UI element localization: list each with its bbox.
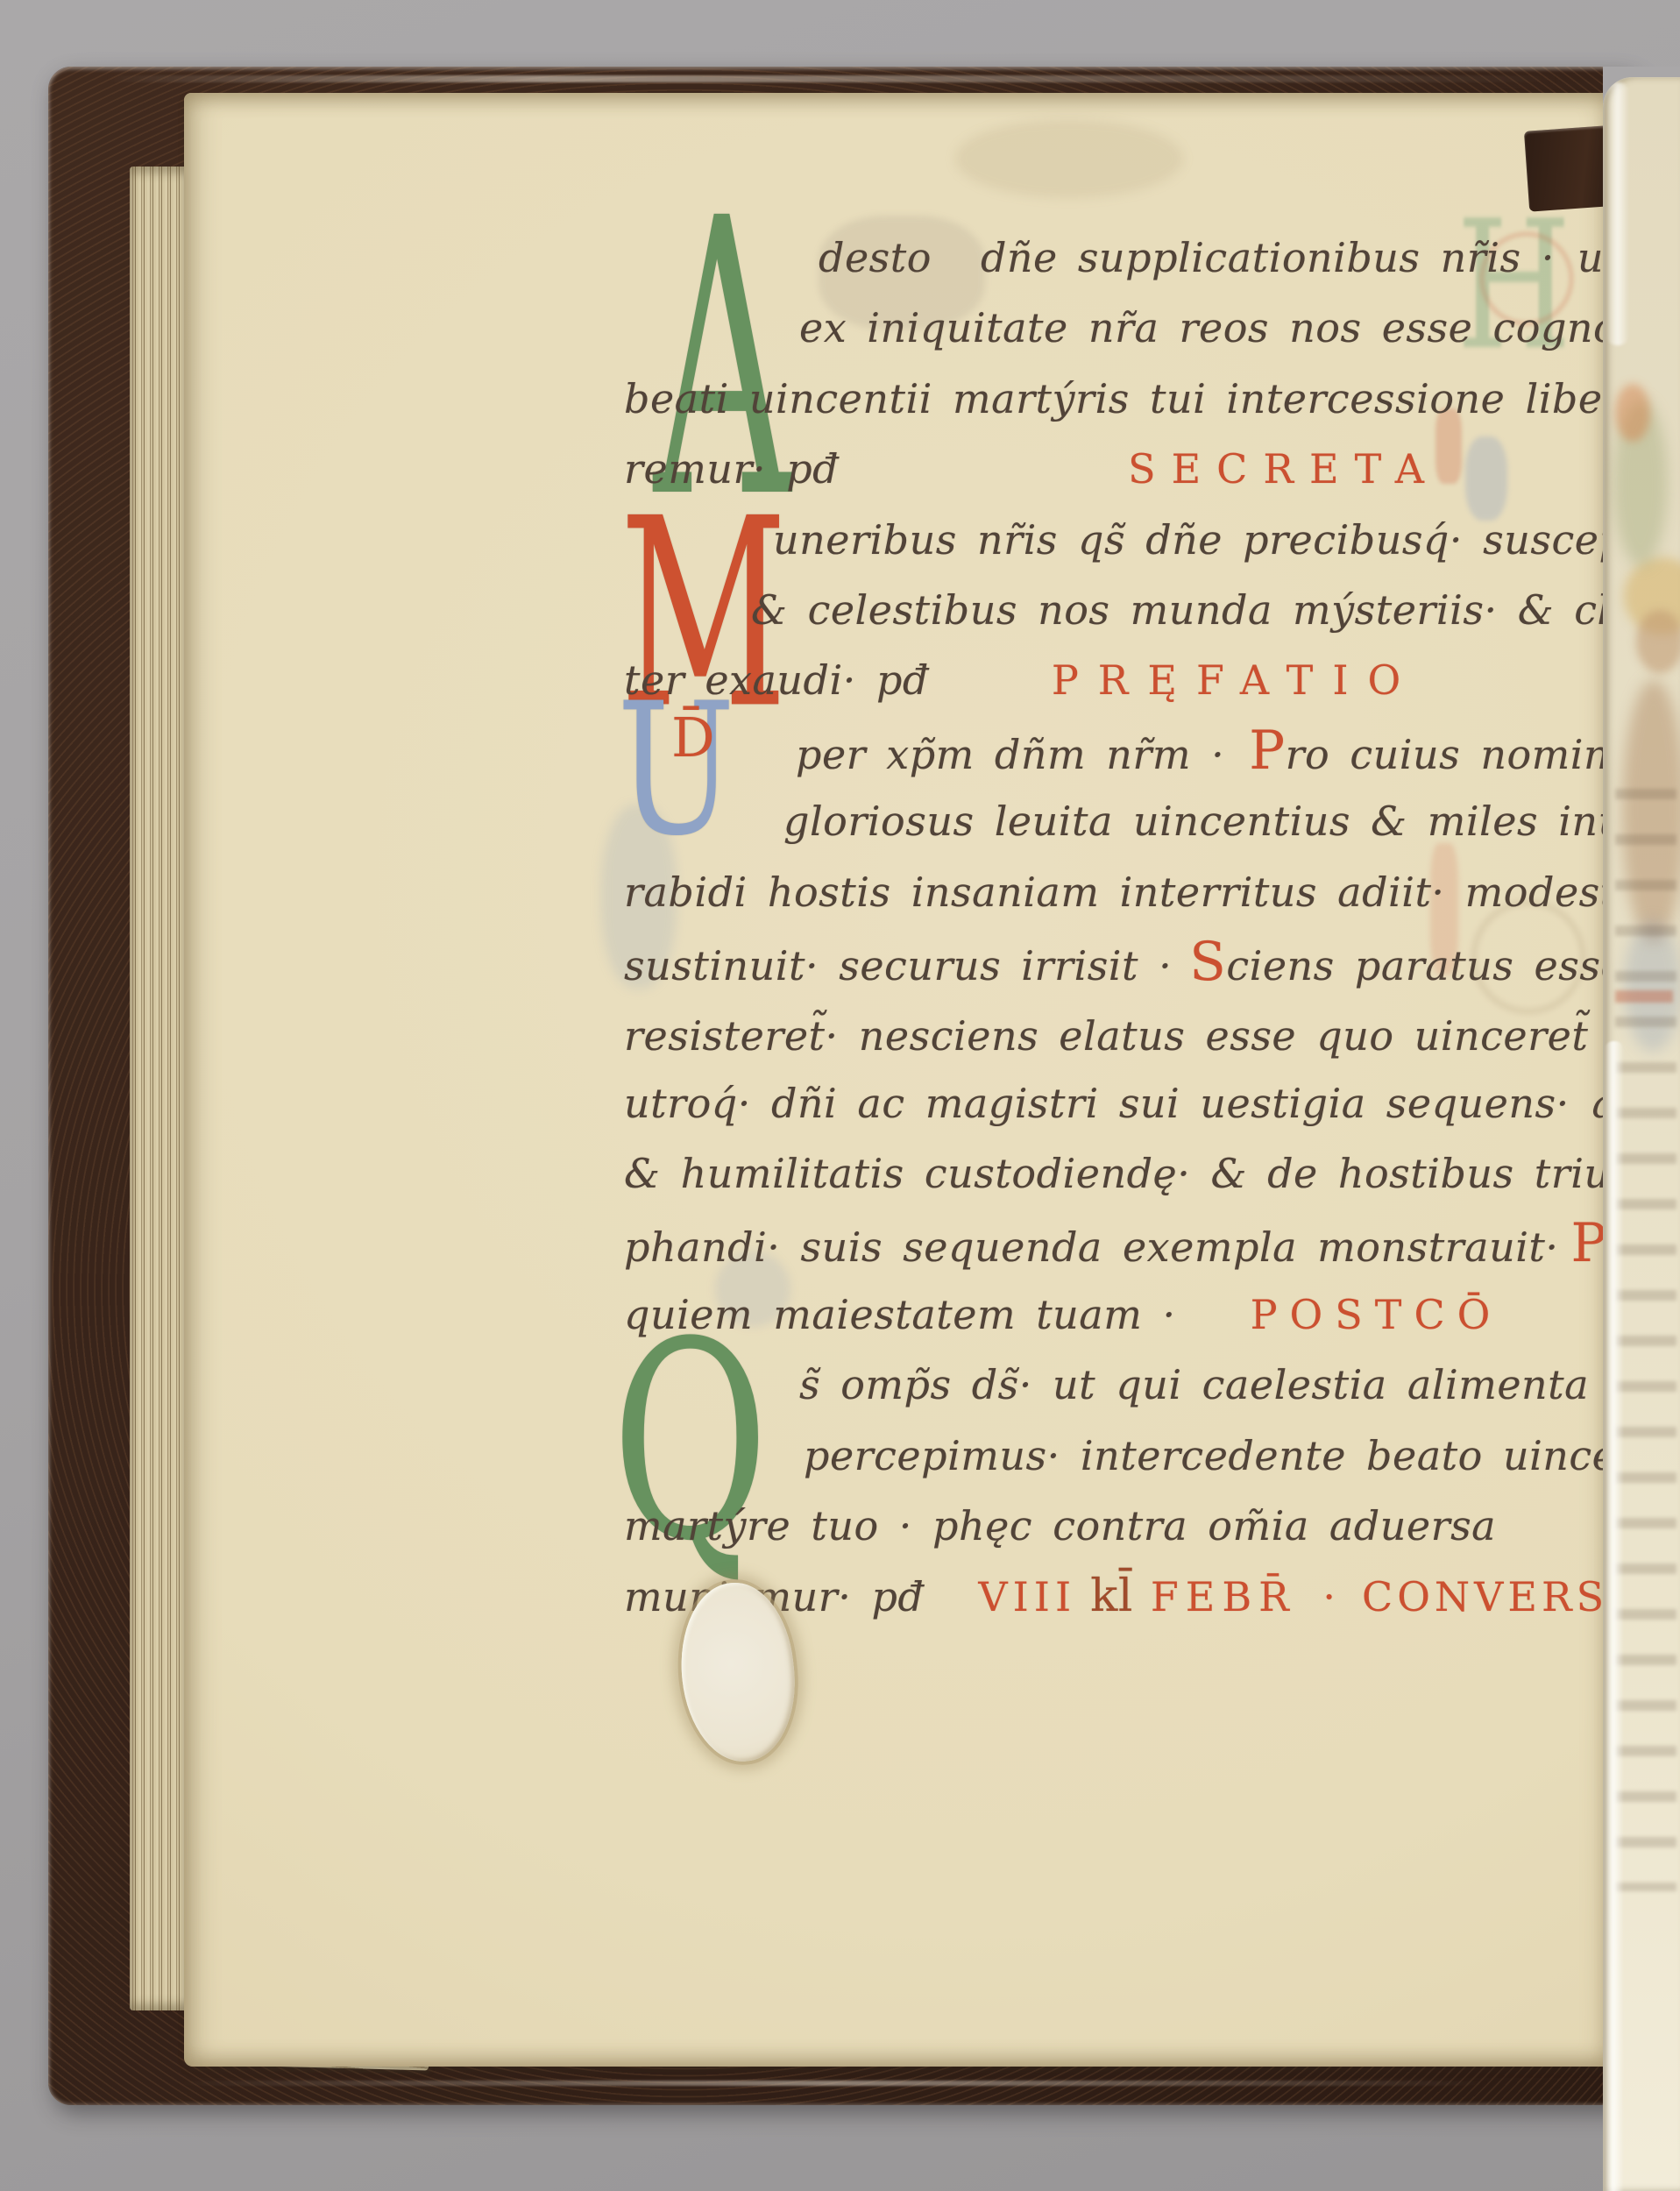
rubric-text: VIII [978, 1573, 1076, 1620]
text-line-5: uneribus nr̃is qs̃ dñe precibusq́· susce… [624, 505, 1614, 575]
text-line-2: ex iniquitate nr̃a reos nos esse cognosc… [624, 293, 1614, 363]
manuscript-page-verso: H AMUD̄Q destodñe supplicationibus nr̃is… [184, 93, 1611, 2067]
page-stack-edges [130, 167, 189, 2010]
text-line-9: gloriosus leuita uincentius & miles inui… [624, 786, 1614, 856]
rubric-text: kl̄ [1090, 1570, 1133, 1622]
facing-page-text-showthrough [1615, 761, 1676, 1891]
manuscript-text: sustinuit· securus irrisit · [624, 942, 1172, 989]
rubric-text: SECRETA [1128, 445, 1440, 493]
manuscript-text: ex iniquitate nr̃a reos nos esse cognosc… [799, 304, 1680, 351]
manuscript-text: S [1189, 932, 1226, 993]
text-block: destodñe supplicationibus nr̃is ·utq̃lex… [624, 223, 1614, 1632]
manuscript-photograph: H AMUD̄Q destodñe supplicationibus nr̃is… [0, 0, 1680, 2191]
manuscript-text: & humilitatis custodiendę· & de hostibus… [624, 1150, 1649, 1197]
text-line-4: remur· pđSECRETA [624, 434, 1614, 504]
text-line-16: quiem maiestatem tuam ·POSTCŌ [624, 1280, 1614, 1350]
manuscript-text: ro cuius nomine [1286, 731, 1634, 778]
manuscript-text: per xp̃m dñm nr̃m · [796, 731, 1224, 778]
manuscript-text: gloriosus leuita uincentius & miles inui… [783, 798, 1677, 845]
manuscript-text: phandi· suis sequenda exempla monstrauit… [624, 1223, 1559, 1271]
text-line-11: sustinuit· securus irrisit ·Sciens parat… [624, 927, 1614, 997]
rubric-text: PRĘFATIO [1052, 656, 1420, 704]
manuscript-text: uneribus nr̃is qs̃ dñe precibusq́· susce… [773, 516, 1680, 564]
facing-page-sliver [1603, 77, 1680, 2191]
rubric-text: POSTCŌ [1251, 1291, 1503, 1338]
text-line-14: & humilitatis custodiendę· & de hostibus… [624, 1138, 1614, 1209]
manuscript-text: rabidi hostis insaniam interritus adiit·… [624, 869, 1664, 916]
text-line-17: s̃ omp̃s ds̃· ut qui caelestia alimenta [624, 1350, 1614, 1420]
facing-page-rubric-showthrough [1615, 990, 1673, 1003]
manuscript-text: & celestibus nos munda mýsteriis· & clem… [751, 586, 1674, 634]
manuscript-text: utroq́· dñi ac magistri sui uestigia seq… [624, 1080, 1655, 1127]
tissue-gloss-highlight-top [1606, 82, 1629, 345]
manuscript-text: resisteret̃· nesciens elatus esse quo ui… [624, 1012, 1622, 1060]
text-line-8: per xp̃m dñm nr̃m ·Pro cuius nomine [624, 716, 1614, 786]
tissue-gloss-highlight [1605, 1041, 1624, 2191]
manuscript-text: quiem maiestatem tuam · [624, 1291, 1176, 1338]
manuscript-text: desto [819, 234, 932, 281]
text-line-6: & celestibus nos munda mýsteriis· & clem… [624, 575, 1614, 645]
manuscript-text: ter exaudi· pđ [624, 656, 929, 704]
text-line-13: utroq́· dñi ac magistri sui uestigia seq… [624, 1068, 1614, 1138]
text-line-18: percepimus· intercedente beato uincentio [624, 1421, 1614, 1491]
text-line-12: resisteret̃· nesciens elatus esse quo ui… [624, 997, 1614, 1067]
manuscript-text: percepimus· intercedente beato uincentio [804, 1432, 1680, 1479]
manuscript-text: dñe supplicationibus nr̃is · [981, 234, 1555, 281]
text-line-19: martýre tuo · phęc contra om̃ia aduersa [624, 1491, 1614, 1561]
illumination-orange-detail [1615, 384, 1650, 442]
manuscript-text: beati uincentii martýris tui intercessio… [624, 375, 1603, 422]
manuscript-text: remur· pđ [624, 445, 839, 493]
manuscript-text: P [1571, 1213, 1607, 1274]
manuscript-text: s̃ omp̃s ds̃· ut qui caelestia alimenta [799, 1361, 1589, 1408]
leather-sheen-bottom [175, 2081, 1490, 2086]
manuscript-text: martýre tuo · phęc contra om̃ia aduersa [624, 1502, 1496, 1549]
manuscript-text: P [1249, 720, 1285, 782]
illumination-face [1636, 610, 1680, 673]
text-line-10: rabidi hostis insaniam interritus adiit·… [624, 857, 1614, 927]
text-line-1: destodñe supplicationibus nr̃is ·utq̃l [624, 223, 1614, 293]
text-line-3: beati uincentii martýris tui intercessio… [624, 364, 1614, 434]
rubric-text: FEBR̄ · [1151, 1573, 1343, 1620]
leather-sheen-top [105, 75, 1560, 82]
text-line-15: phandi· suis sequenda exempla monstrauit… [624, 1209, 1614, 1279]
text-line-7: ter exaudi· pđPRĘFATIO [624, 645, 1614, 715]
top-stain [955, 119, 1183, 198]
